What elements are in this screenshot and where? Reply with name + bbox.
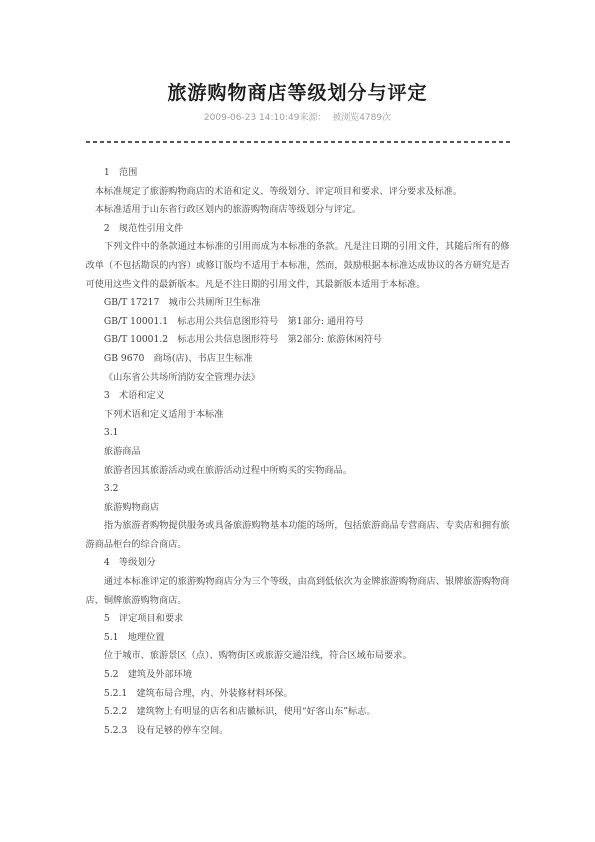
paragraph: 旅游商品 (86, 443, 510, 462)
paragraph: 3 术语和定义 (86, 387, 510, 406)
paragraph: 下列文件中的条款通过本标准的引用而成为本标准的条款。凡是注日期的引用文件，其随后… (86, 238, 510, 294)
document-body: 1 范围本标准规定了旅游购物商店的术语和定义、等级划分、评定项目和要求、评分要求… (86, 164, 510, 740)
paragraph: GB/T 17217 城市公共厕所卫生标准 (86, 294, 510, 313)
paragraph: 4 等级划分 (86, 554, 510, 573)
paragraph: 3.2 (86, 480, 510, 499)
paragraph: GB/T 10001.2 标志用公共信息图形符号 第2部分: 旅游休闲符号 (86, 331, 510, 350)
paragraph: 5.2.3 设有足够的停车空间。 (86, 722, 510, 741)
paragraph: 通过本标准评定的旅游购物商店分为三个等级，由高到低依次为金牌旅游购物商店、银牌旅… (86, 573, 510, 610)
paragraph: 1 范围 (86, 164, 510, 183)
paragraph: GB/T 10001.1 标志用公共信息图形符号 第1部分: 通用符号 (86, 313, 510, 332)
document-content: 旅游购物商店等级划分与评定 2009-06-23 14:10:49来源： 被浏览… (86, 0, 510, 740)
paragraph: 5 评定项目和要求 (86, 610, 510, 629)
paragraph: 位于城市、旅游景区（点）、购物街区或旅游交通沿线，符合区域布局要求。 (86, 647, 510, 666)
document-page: 旅游购物商店等级划分与评定 2009-06-23 14:10:49来源： 被浏览… (0, 0, 595, 842)
paragraph: 本标准适用于山东省行政区划内的旅游购物商店等级划分与评定。 (86, 201, 510, 220)
paragraph: 5.2.1 建筑布局合理，内、外装修材料环保。 (86, 685, 510, 704)
paragraph: 本标准规定了旅游购物商店的术语和定义、等级划分、评定项目和要求、评分要求及标准。 (86, 183, 510, 202)
paragraph: 2 规范性引用文件 (86, 220, 510, 239)
page-title: 旅游购物商店等级划分与评定 (86, 0, 510, 104)
paragraph: 旅游者因其旅游活动或在旅游活动过程中所购买的实物商品。 (86, 462, 510, 481)
paragraph: 5.2.2 建筑物上有明显的店名和店徽标识，使用“好客山东”标志。 (86, 703, 510, 722)
paragraph: 《山东省公共场所消防安全管理办法》 (86, 369, 510, 388)
paragraph: 指为旅游者购物提供服务或具备旅游购物基本功能的场所，包括旅游商品专营商店、专卖店… (86, 517, 510, 554)
paragraph: GB 9670 商场(店)、书店卫生标准 (86, 350, 510, 369)
dashed-separator (86, 141, 510, 143)
paragraph: 5.1 地理位置 (86, 629, 510, 648)
paragraph: 3.1 (86, 424, 510, 443)
paragraph: 下列术语和定义适用于本标准 (86, 406, 510, 425)
paragraph: 旅游购物商店 (86, 499, 510, 518)
paragraph: 5.2 建筑及外部环境 (86, 666, 510, 685)
article-meta: 2009-06-23 14:10:49来源： 被浏览4789次 (86, 113, 510, 124)
